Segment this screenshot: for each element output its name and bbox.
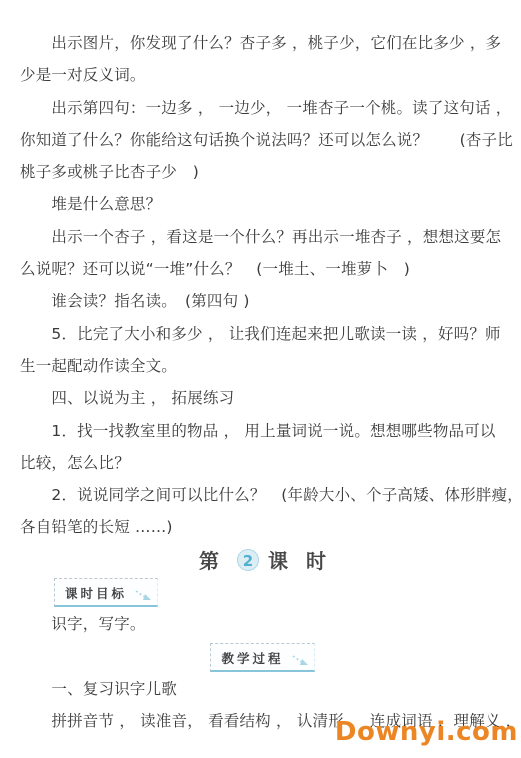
text-line: 一、复习识字儿歌 [20,673,505,705]
text-line: 2．说说同学之间可以比什么？ (年龄大小、个子高矮、体形胖瘦， [20,479,505,511]
lesson-part1-block: 出示图片，你发现了什么？杏子多 ，桃子少，它们在比多少 ，多少是一对反义词。 出… [20,27,505,544]
text-line: 桃子多或桃子比杏子少 ) [20,156,505,188]
goal-text-line: 识字，写字。 [20,608,505,640]
document-content: 出示图片，你发现了什么？杏子多 ，桃子少，它们在比多少 ，多少是一对反义词。 出… [0,0,521,738]
process-section-banner: 教学过程 [210,643,314,672]
banner-swoosh-icon [292,654,310,667]
process-banner-label: 教学过程 [221,651,283,666]
text-line: 比较，怎么比？ [20,447,505,479]
text-line: 1．找一找教室里的物品 ， 用上量词说一说。想想哪些物品可以 [20,415,505,447]
text-line: 堆是什么意思？ [20,188,505,220]
chapter-number-badge: 2 [237,549,259,571]
text-line: 出示一个杏子 ，看这是一个什么？再出示一堆杏子 ，想想这要怎 [20,221,505,253]
text-line: 谁会读？指名读。 (第四句 ) [20,285,505,317]
chapter-heading-prefix: 第 [199,545,228,574]
goal-section-banner: 课时目标 [54,578,158,607]
text-line: 么说呢？还可以说“一堆”什么？ (一堆土、一堆萝卜 ) [20,253,505,285]
text-line: 5．比完了大小和多少 ， 让我们连起来把儿歌读一读 ，好吗？师 [20,318,505,350]
text-line: 四、以说为主 ， 拓展练习 [20,382,505,414]
process-banner-row: 教学过程 [20,641,505,673]
text-line: 出示第四句：一边多 ， 一边少， 一堆杏子一个桃。读了这句话 ， [20,92,505,124]
text-line: 出示图片，你发现了什么？杏子多 ，桃子少，它们在比多少 ，多 [20,27,505,59]
goal-banner-label: 课时目标 [65,586,127,601]
chapter-heading: 第 2 课 时 [20,544,505,576]
text-line: 你知道了什么？你能给这句话换个说法吗？还可以怎么说？ (杏子比 [20,124,505,156]
watermark-text: Downyi.com [335,717,518,747]
chapter-heading-suffix-1: 课 [268,545,297,574]
chapter-heading-suffix-2: 时 [306,545,326,574]
goal-banner-row: 课时目标 [20,576,505,608]
banner-swoosh-icon [135,589,153,602]
text-line: 少是一对反义词。 [20,59,505,91]
text-line: 各自铅笔的长短 ……) [20,511,505,543]
text-line: 生一起配动作读全文。 [20,350,505,382]
document-page: 出示图片，你发现了什么？杏子多 ，桃子少，它们在比多少 ，多少是一对反义词。 出… [0,0,521,758]
